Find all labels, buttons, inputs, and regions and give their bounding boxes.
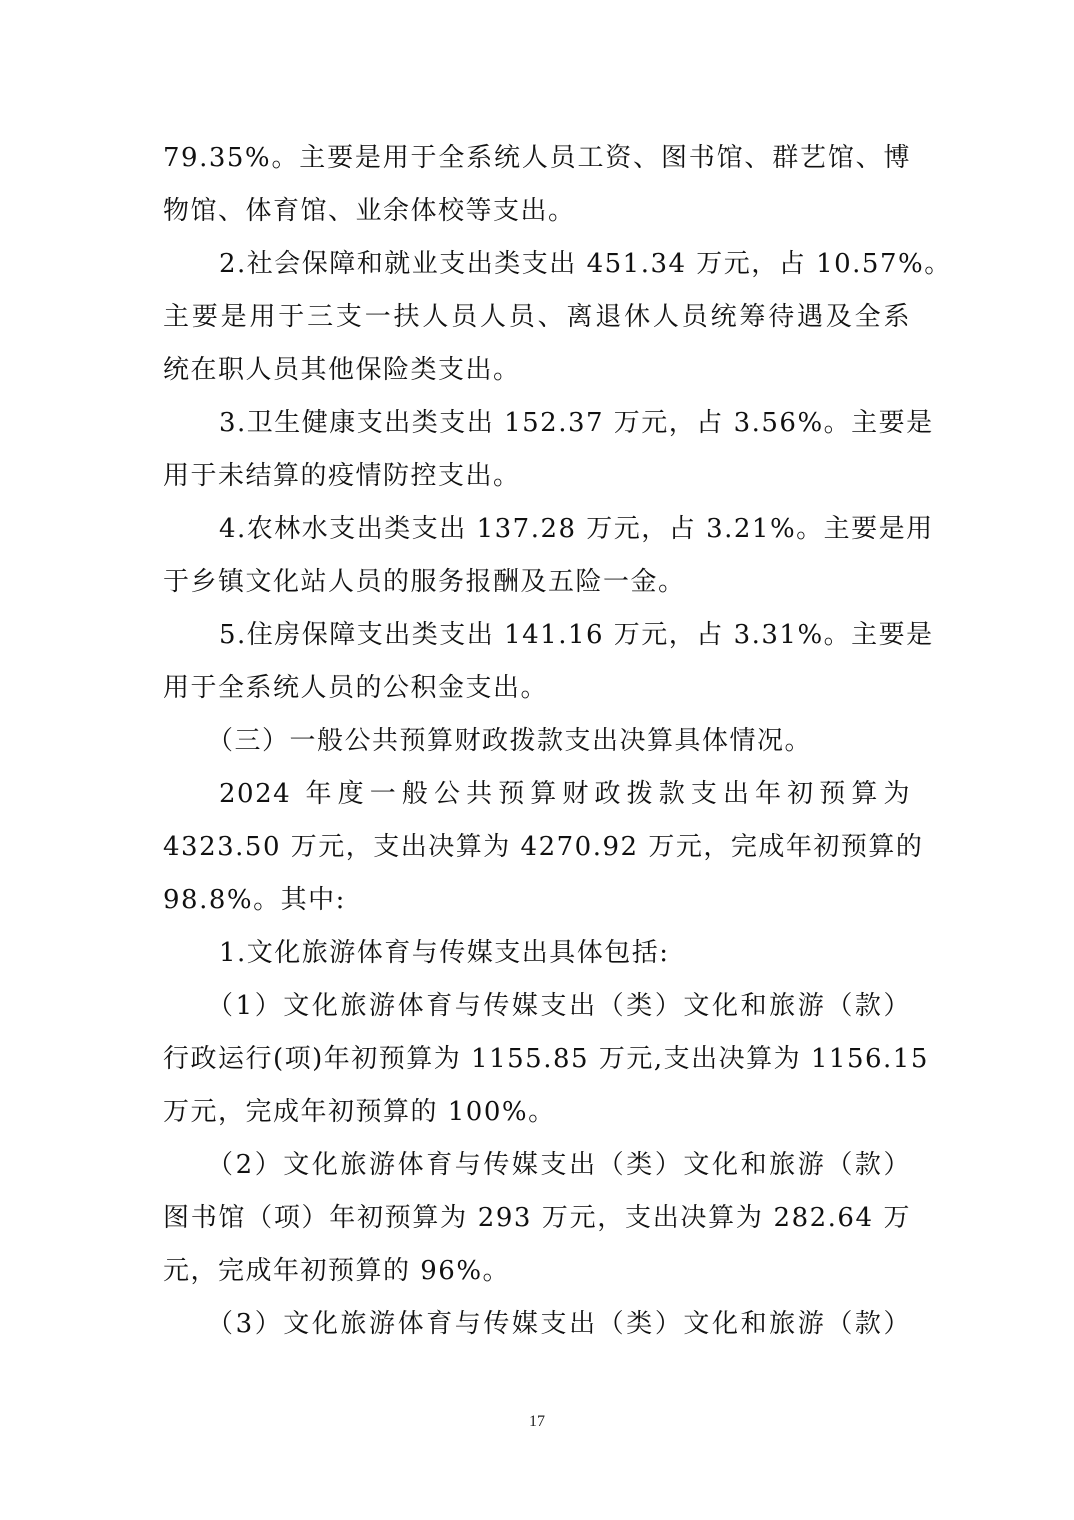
paragraph-line: （1）文化旅游体育与传媒支出（类）文化和旅游（款） bbox=[207, 986, 911, 1026]
paragraph-line: 用于全系统人员的公积金支出。 bbox=[163, 668, 548, 708]
paragraph-line: 79.35%。主要是用于全系统人员工资、图书馆、群艺馆、博 bbox=[163, 138, 911, 178]
paragraph-line: 图书馆（项）年初预算为 293 万元，支出决算为 282.64 万 bbox=[163, 1198, 911, 1238]
paragraph-line: 万元，完成年初预算的 100%。 bbox=[163, 1092, 556, 1132]
paragraph-line: 4.农林水支出类支出 137.28 万元，占 3.21%。主要是用 bbox=[219, 509, 911, 549]
paragraph-line: 5.住房保障支出类支出 141.16 万元，占 3.31%。主要是 bbox=[219, 615, 911, 655]
section-heading: （三）一般公共预算财政拨款支出决算具体情况。 bbox=[207, 721, 812, 761]
paragraph-line: 4323.50 万元，支出决算为 4270.92 万元，完成年初预算的 bbox=[163, 827, 911, 867]
paragraph-line: 98.8%。其中: bbox=[163, 880, 346, 920]
paragraph-line: （3）文化旅游体育与传媒支出（类）文化和旅游（款） bbox=[207, 1304, 911, 1344]
page-number: 17 bbox=[0, 1413, 1074, 1431]
paragraph-line: 于乡镇文化站人员的服务报酬及五险一金。 bbox=[163, 562, 686, 602]
paragraph-line: 物馆、体育馆、业余体校等支出。 bbox=[163, 191, 576, 231]
paragraph-line: 2024 年度一般公共预算财政拨款支出年初预算为 bbox=[219, 774, 911, 814]
paragraph-line: 2.社会保障和就业支出类支出 451.34 万元，占 10.57%。 bbox=[219, 244, 911, 284]
paragraph-line: 用于未结算的疫情防控支出。 bbox=[163, 456, 521, 496]
paragraph-line: 1.文化旅游体育与传媒支出具体包括: bbox=[219, 933, 670, 973]
paragraph-line: （2）文化旅游体育与传媒支出（类）文化和旅游（款） bbox=[207, 1145, 911, 1185]
paragraph-line: 元，完成年初预算的 96%。 bbox=[163, 1251, 510, 1291]
paragraph-line: 3.卫生健康支出类支出 152.37 万元，占 3.56%。主要是 bbox=[219, 403, 911, 443]
paragraph-line: 行政运行(项)年初预算为 1155.85 万元,支出决算为 1156.15 bbox=[163, 1039, 911, 1079]
paragraph-line: 统在职人员其他保险类支出。 bbox=[163, 350, 521, 390]
paragraph-line: 主要是用于三支一扶人员人员、离退休人员统筹待遇及全系 bbox=[163, 297, 911, 337]
